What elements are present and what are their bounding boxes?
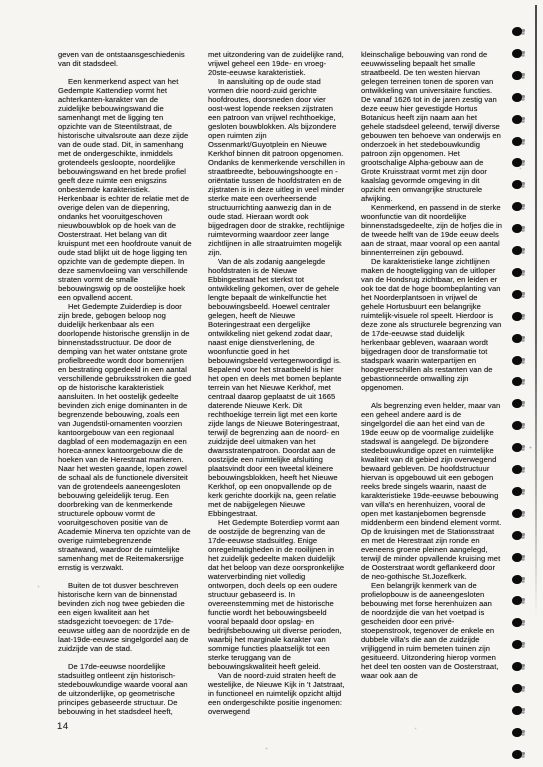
paragraph: kleinschalige bebouwing van rond de eeuw… [361,50,502,203]
paragraph: De 17de-eeuwse noordelijke stadsuitleg o… [58,662,192,716]
binding-hole-icon [512,158,522,167]
scan-noise-specks [0,0,1,1]
binding-hole-icon [512,71,522,80]
text-column-1: geven van de ontstaansgeschiedenis van d… [58,50,192,716]
binding-hole-icon [512,27,522,36]
binding-hole-icon [512,487,522,496]
paragraph: Het Gedempte Boterdiep vormt aan de oost… [208,518,345,671]
binding-hole-icon [512,421,522,430]
binding-hole-icon [512,553,522,562]
page-number: 14 [57,721,69,732]
paragraph: Een kenmerkend aspect van het Gedempte K… [58,77,192,302]
binding-hole-icon [512,531,522,540]
binding-hole-icon [512,728,522,737]
binding-hole-icon [512,443,522,452]
binding-hole-icon [512,93,522,102]
binding-hole-icon [512,356,522,365]
binding-hole-icon [512,575,522,584]
binding-hole-icon [512,312,522,321]
paragraph: Van de als zodanig aangelegde hoofdstrat… [208,257,345,518]
scanned-page: geven van de ontstaansgeschiedenis van d… [0,0,543,767]
binding-hole-icon [512,115,522,124]
binding-hole-icon [512,224,522,233]
binding-hole-icon [512,246,522,255]
binding-hole-icon [512,290,522,299]
binding-hole-icon [512,618,522,627]
binding-hole-icon [512,399,522,408]
binding-hole-icon [512,465,522,474]
paragraph: In aansluiting op de oude stad vormen dr… [208,77,345,257]
binding-hole-icon [512,750,522,759]
text-column-3: kleinschalige bebouwing van rond de eeuw… [361,50,502,680]
binding-hole-icon [512,684,522,693]
binding-hole-icon [512,180,522,189]
binding-hole-icon [512,509,522,518]
binding-hole-icon [512,137,522,146]
paragraph: Kenmerkend, en passend in de sterke woon… [361,203,502,257]
paragraph: geven van de ontstaansgeschiedenis van d… [58,50,192,68]
paragraph: Buiten de tot dusver beschreven historis… [58,581,192,653]
binding-hole-icon [512,202,522,211]
binding-hole-icon [512,640,522,649]
page-edge-line [535,5,537,619]
paragraph: Het Gedempte Zuiderdiep is door zijn bre… [58,302,192,572]
paragraph: Van de noord-zuid straten heeft de weste… [208,671,345,716]
binding-hole-icon [512,596,522,605]
binding-hole-icon [512,49,522,58]
binding-hole-icon [512,706,522,715]
binding-hole-icon [512,377,522,386]
binding-hole-icon [512,662,522,671]
paragraph: met uitzondering van de zuidelijke rand,… [208,50,345,77]
binding-hole-icon [512,334,522,343]
text-columns: geven van de ontstaansgeschiedenis van d… [58,50,502,716]
paragraph: Een belangrijk kenmerk van de profielopb… [361,581,502,680]
binding-hole-icon [512,268,522,277]
text-column-2: met uitzondering van de zuidelijke rand,… [208,50,345,716]
paragraph: Als begrenzing even helder, maar van een… [361,401,502,581]
paragraph: De karakteristieke lange zichtlijnen mak… [361,257,502,392]
